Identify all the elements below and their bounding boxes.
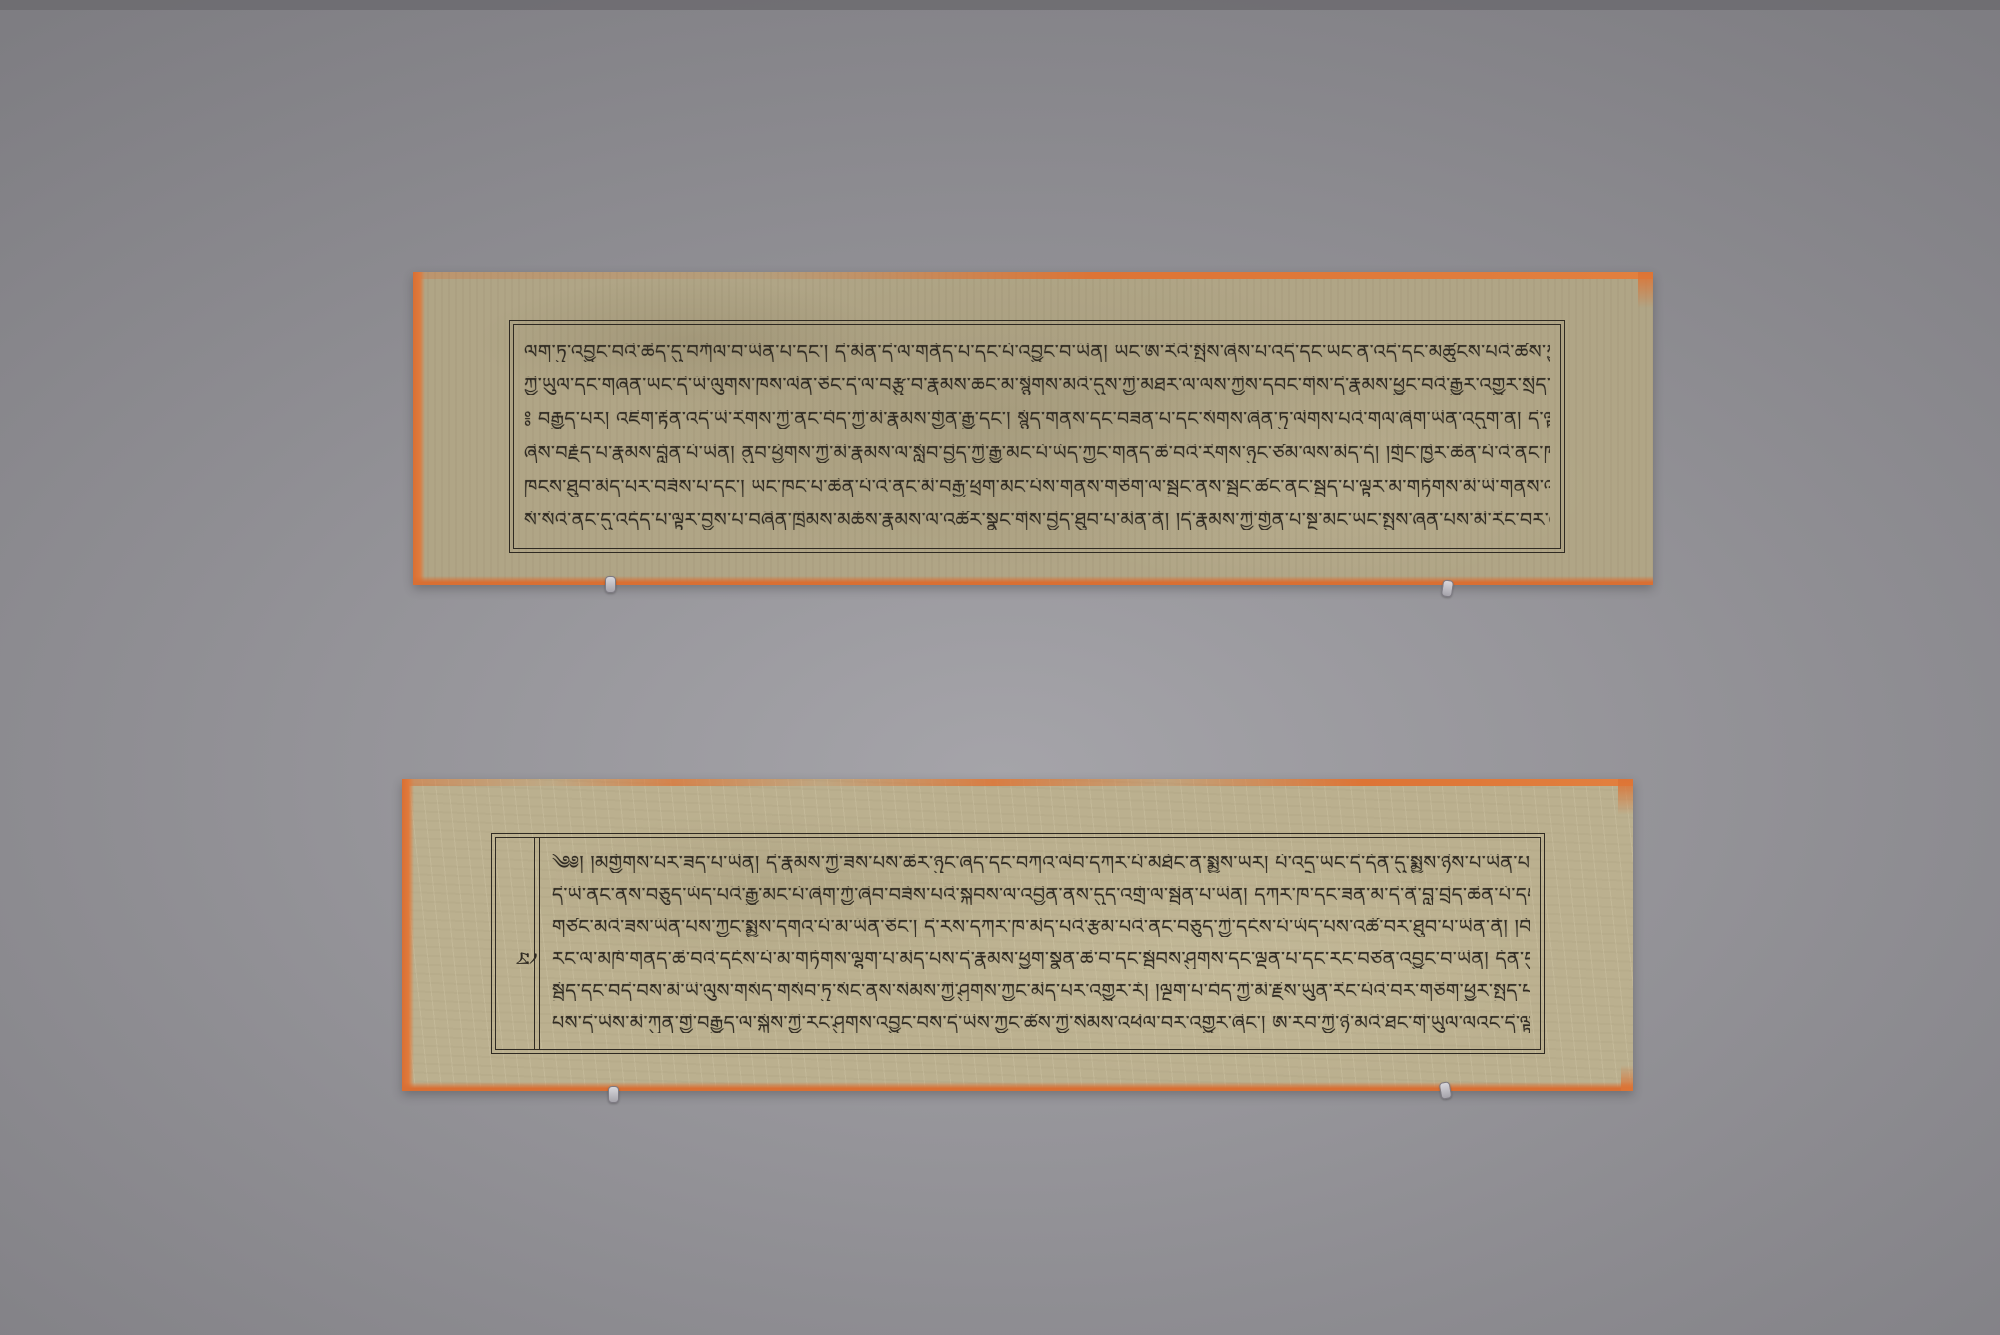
- pecha-leaf-lower: ཕེ ༄༅། །མགྱོགས་པར་ཟད་པ་ཡིན། དེ་རྣམས་ཀྱི་…: [402, 779, 1633, 1091]
- photo-top-edge: [0, 0, 2000, 10]
- text-line: ༄༅། །མགྱོགས་པར་ཟད་པ་ཡིན། དེ་རྣམས་ཀྱི་ཟས་…: [552, 854, 1530, 873]
- photo-background: ལག་ཏུ་འབྱུང་བའི་ཆེད་དུ་བཀོལ་བ་ཡིན་པ་དང་།…: [0, 0, 2000, 1335]
- text-line: སོ་སོའི་ནང་དུ་འདོད་པ་ལྟར་བྱས་པ་བཞིན་ཁྲིམ…: [524, 511, 1550, 530]
- painted-edge-top: [413, 272, 1653, 279]
- text-line: རང་ལ་མཁོ་གནད་ཆེ་བའི་དངོས་པོ་མ་གཏོགས་ལྷག་…: [552, 950, 1530, 969]
- text-line: པས་དེ་ཡིས་མི་ཀུན་གྱི་བརྒྱུད་ལ་སྐོས་ཀྱི་ར…: [552, 1014, 1530, 1033]
- text-line: སྦྱོད་དང་བདེ་བས་མི་ཡི་ལུས་གསོད་གསོབ་ཏུ་ས…: [552, 982, 1530, 1001]
- mount-pin: [1441, 579, 1454, 597]
- painted-edge-left: [413, 272, 425, 585]
- painted-edge-left: [402, 779, 414, 1091]
- mount-pin: [608, 1086, 619, 1103]
- painted-edge-top: [402, 779, 1633, 786]
- text-line: དེ་ཡི་ནང་ནས་བཅུད་ཡོད་པའི་རྒྱུ་མང་པོ་ཞིག་…: [552, 886, 1530, 905]
- folio-margin-label: ཕེ: [486, 941, 545, 975]
- text-frame: ལག་ཏུ་འབྱུང་བའི་ཆེད་དུ་བཀོལ་བ་ཡིན་པ་དང་།…: [513, 324, 1561, 549]
- text-frame: ཕེ ༄༅། །མགྱོགས་པར་ཟད་པ་ཡིན། དེ་རྣམས་ཀྱི་…: [495, 837, 1541, 1050]
- text-line: ལག་ཏུ་འབྱུང་བའི་ཆེད་དུ་བཀོལ་བ་ཡིན་པ་དང་།…: [524, 343, 1550, 362]
- painted-edge-corner: [1621, 1065, 1633, 1091]
- mount-pin: [605, 576, 616, 593]
- painted-edge-corner: [1618, 779, 1633, 815]
- text-line: ཀྱི་ཡུལ་དང་གཞན་ཡང་དེ་ཡི་ལུགས་ཁས་ལེན་ཅིང་…: [524, 376, 1550, 395]
- painted-edge-bottom: [413, 576, 1653, 585]
- text-line: ཞེས་བརྗོད་པ་རྣམས་བློན་པོ་ཡིན། ནུབ་ཕྱོགས་…: [524, 444, 1550, 463]
- text-line: གཙང་མའི་ཟས་ཡིན་པས་ཀྱང་སྨྱུས་དགའ་པོ་མ་ཡིན…: [552, 918, 1530, 937]
- pecha-leaf-upper: ལག་ཏུ་འབྱུང་བའི་ཆེད་དུ་བཀོལ་བ་ཡིན་པ་དང་།…: [413, 272, 1653, 585]
- painted-edge-corner: [1638, 272, 1653, 308]
- text-line: ༔ བརྒྱུད་པར། འཇིག་རྟེན་འདི་ཡི་རིགས་ཀྱི་ན…: [524, 410, 1550, 429]
- text-line: ཁངས་ཐུབ་མེད་པར་བཟོས་པ་དང་། ཡང་ཁང་པ་ཆེན་པ…: [524, 478, 1550, 497]
